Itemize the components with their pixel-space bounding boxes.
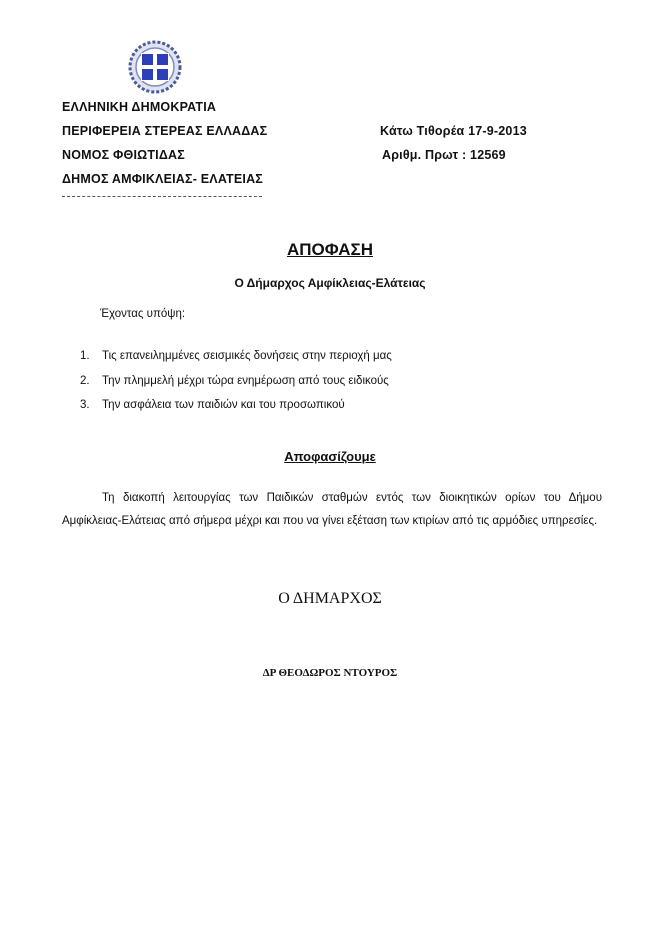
decision-text: Τη διακοπή λειτουργίας των Παιδικών σταθ… — [62, 492, 602, 527]
considering-label: Έχοντας υπόψη: — [100, 308, 185, 320]
item-text: Τις επανειλημμένες σεισμικές δονήσεις στ… — [102, 350, 392, 362]
consideration-item: 2.Την πλημμελή μέχρι τώρα ενημέρωση από … — [80, 375, 389, 387]
consideration-item: 1.Τις επανειλημμένες σεισμικές δονήσεις … — [80, 350, 392, 362]
header-region: ΠΕΡΙΦΕΡΕΙΑ ΣΤΕΡΕΑΣ ΕΛΛΑΔΑΣ — [62, 124, 267, 138]
place-date: Κάτω Τιθορέα 17-9-2013 — [380, 124, 527, 138]
item-number: 1. — [80, 350, 102, 362]
signatory-name: ΔΡ ΘΕΟΔΩΡΟΣ ΝΤΟΥΡΟΣ — [0, 667, 660, 679]
item-text: Την πλημμελή μέχρι τώρα ενημέρωση από το… — [102, 375, 389, 387]
header-country: ΕΛΛΗΝΙΚΗ ΔΗΜΟΚΡΑΤΙΑ — [62, 100, 216, 114]
protocol-number: Αριθμ. Πρωτ : 12569 — [382, 148, 506, 162]
item-number: 3. — [80, 399, 102, 411]
header-prefecture: ΝΟΜΟΣ ΦΘΙΩΤΙΔΑΣ — [62, 148, 185, 162]
header-municipality: ΔΗΜΟΣ ΑΜΦΙΚΛΕΙΑΣ- ΕΛΑΤΕΙΑΣ — [62, 172, 263, 186]
item-text: Την ασφάλεια των παιδιών και του προσωπι… — [102, 399, 345, 411]
document-title: ΑΠΟΦΑΣΗ — [0, 240, 660, 260]
greek-emblem-icon — [128, 40, 182, 94]
header-separator — [62, 196, 262, 197]
document-subtitle: Ο Δήμαρχος Αμφίκλειας-Ελάτειας — [0, 276, 660, 290]
decision-paragraph: Τη διακοπή λειτουργίας των Παιδικών σταθ… — [62, 487, 602, 533]
consideration-item: 3.Την ασφάλεια των παιδιών και του προσω… — [80, 399, 345, 411]
signature-title: Ο ΔΗΜΑΡΧΟΣ — [0, 590, 660, 608]
item-number: 2. — [80, 375, 102, 387]
decision-heading: Αποφασίζουμε — [0, 449, 660, 464]
